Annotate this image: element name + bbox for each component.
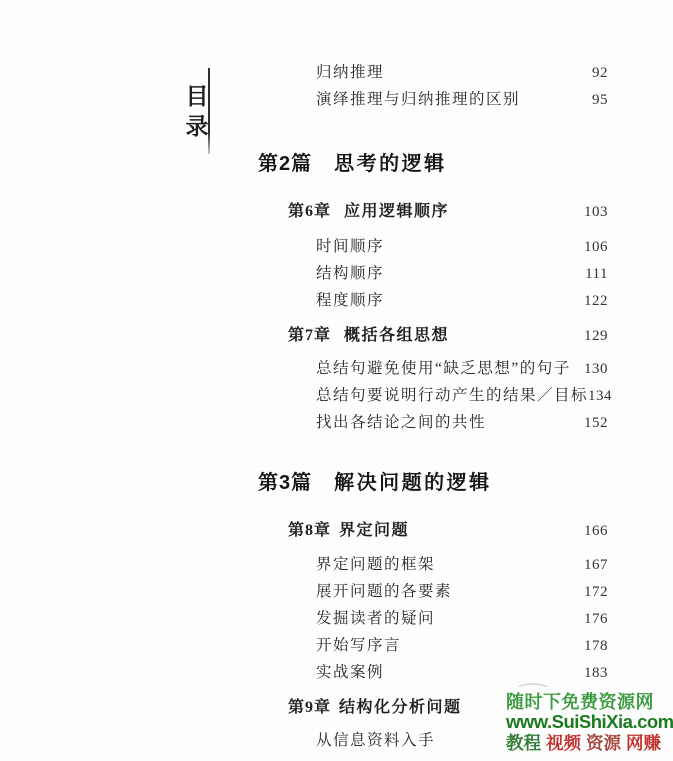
entry-title: 发掘读者的疑问 <box>316 606 560 628</box>
entry-page-number: 166 <box>560 523 608 540</box>
toc-chapter-row: 第6章 应用逻辑顺序 103 <box>258 198 608 228</box>
toc-chapter-row: 第8章 界定问题 166 <box>258 517 608 547</box>
entry-title: 应用逻辑顺序 <box>344 198 560 221</box>
toc-item-row: 界定问题的框架 167 <box>258 552 608 579</box>
watermark-block: 随时下免费资源网 www.SuiShiXia.com 教程 视频 资源 网赚 <box>503 687 673 761</box>
entry-page-number: 106 <box>560 239 608 256</box>
entry-page-number: 95 <box>560 92 608 109</box>
toc-item-row: 演绎推理与归纳推理的区别 95 <box>258 87 608 114</box>
entry-title: 时间顺序 <box>316 234 560 256</box>
part-title: 思考的逻辑 <box>334 147 447 176</box>
toc-item-row: 展开问题的各要素 172 <box>258 579 608 606</box>
table-of-contents: 归纳推理 92 演绎推理与归纳推理的区别 95 第2篇 思考的逻辑 第6章 应用… <box>258 60 608 755</box>
entry-title: 结构顺序 <box>316 261 560 283</box>
toc-item-row: 实战案例 183 <box>258 660 608 687</box>
entry-page-number: 122 <box>560 293 608 310</box>
watermark-keyword: 视频 <box>546 735 581 753</box>
chapter-number: 第6章 <box>288 198 331 221</box>
toc-item-row: 时间顺序 106 <box>258 234 608 261</box>
watermark-keyword: 资源 <box>586 735 621 753</box>
entry-title: 开始写序言 <box>316 633 560 655</box>
toc-item-row: 发掘读者的疑问 176 <box>258 606 608 633</box>
toc-item-row: 找出各结论之间的共性 152 <box>258 410 608 437</box>
toc-item-row: 总结句要说明行动产生的结果／目标 134 <box>258 383 608 410</box>
entry-title: 界定问题 <box>339 517 560 540</box>
chapter-number: 第7章 <box>288 322 331 345</box>
scanned-toc-page: 目 录 归纳推理 92 演绎推理与归纳推理的区别 95 第2篇 思考的逻辑 第6… <box>0 0 673 761</box>
toc-part-heading: 第2篇 思考的逻辑 <box>258 147 608 179</box>
part-number: 第2篇 <box>258 147 312 176</box>
entry-page-number: 130 <box>571 361 608 378</box>
toc-chapter-row: 第7章 概括各组思想 129 <box>258 322 608 352</box>
toc-label-char: 目 <box>184 81 210 111</box>
vertical-divider <box>208 68 210 154</box>
entry-page-number: 167 <box>560 557 608 574</box>
watermark-keyword: 教程 <box>506 735 541 753</box>
toc-item-row: 归纳推理 92 <box>258 60 608 87</box>
watermark-slogan: 随时下免费资源网 <box>506 693 673 711</box>
entry-title: 展开问题的各要素 <box>316 579 560 601</box>
entry-page-number: 172 <box>560 584 608 601</box>
entry-title: 总结句要说明行动产生的结果／目标 <box>316 383 588 405</box>
entry-title: 找出各结论之间的共性 <box>316 410 560 432</box>
toc-label-char: 录 <box>184 111 210 141</box>
entry-page-number: 178 <box>560 638 608 655</box>
watermark-keywords: 教程 视频 资源 网赚 <box>506 735 673 753</box>
entry-page-number: 129 <box>560 328 608 345</box>
toc-item-row: 程度顺序 122 <box>258 288 608 315</box>
entry-title: 实战案例 <box>316 660 560 682</box>
entry-title: 界定问题的框架 <box>316 552 560 574</box>
entry-title: 演绎推理与归纳推理的区别 <box>316 87 560 109</box>
entry-page-number: 176 <box>560 611 608 628</box>
entry-page-number: 134 <box>588 388 612 405</box>
chapter-number: 第8章 <box>288 517 331 540</box>
entry-title: 程度顺序 <box>316 288 560 310</box>
toc-item-row: 总结句避免使用“缺乏思想”的句子 130 <box>258 356 608 383</box>
toc-vertical-label: 目 录 <box>184 81 210 141</box>
part-title: 解决问题的逻辑 <box>334 466 492 495</box>
entry-page-number: 183 <box>560 665 608 682</box>
toc-part-heading: 第3篇 解决问题的逻辑 <box>258 466 608 498</box>
entry-page-number: 103 <box>560 204 608 221</box>
toc-item-row: 开始写序言 178 <box>258 633 608 660</box>
entry-title: 总结句避免使用“缺乏思想”的句子 <box>316 356 571 378</box>
part-number: 第3篇 <box>258 466 312 495</box>
watermark-url: www.SuiShiXia.com <box>506 713 673 732</box>
entry-page-number: 111 <box>560 266 608 283</box>
toc-item-row: 结构顺序 111 <box>258 261 608 288</box>
watermark-keyword: 网赚 <box>626 735 661 753</box>
entry-title: 归纳推理 <box>316 60 560 82</box>
entry-page-number: 152 <box>560 415 608 432</box>
entry-page-number: 92 <box>560 65 608 82</box>
entry-title: 概括各组思想 <box>344 322 560 345</box>
chapter-number: 第9章 <box>288 694 331 717</box>
